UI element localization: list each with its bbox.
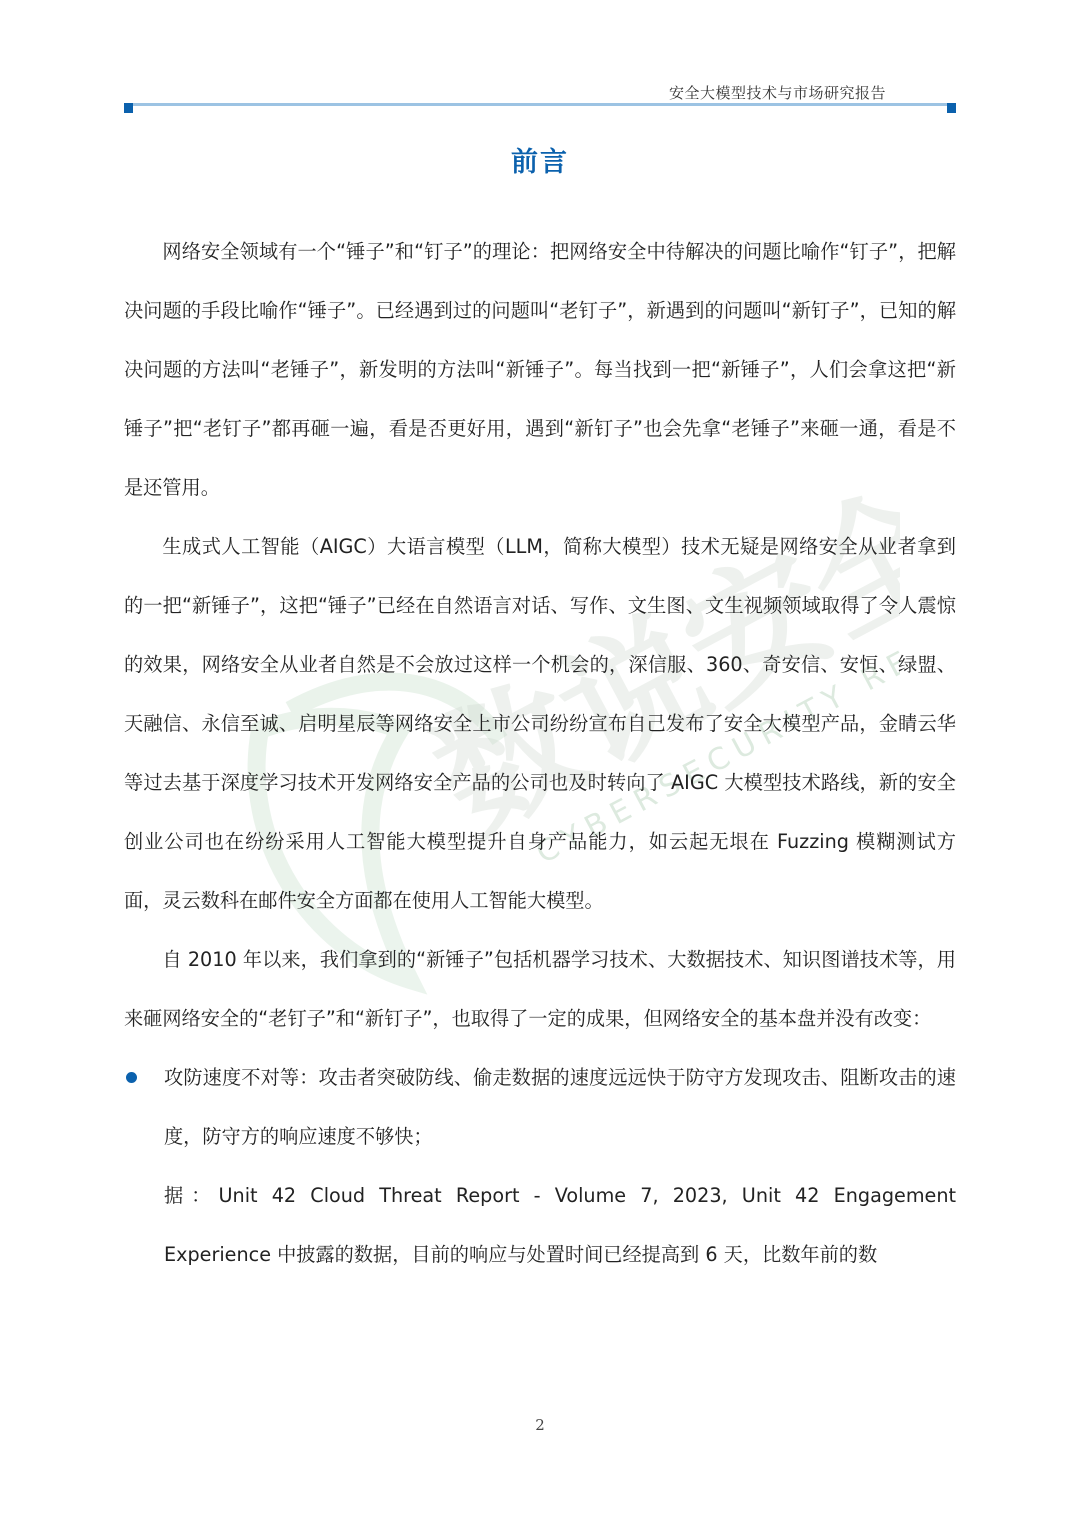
page-title: 前言 (0, 140, 1080, 179)
page-header: 安全大模型技术与市场研究报告 (124, 78, 956, 114)
paragraph-aigc: 生成式人工智能（AIGC）大语言模型（LLM，简称大模型）技术无疑是网络安全从业… (124, 517, 956, 930)
header-cap-right (947, 103, 956, 113)
paragraph-since-2010: 自 2010 年以来，我们拿到的“新锤子”包括机器学习技术、大数据技术、知识图谱… (124, 930, 956, 1048)
paragraph-hammer-nail: 网络安全领域有一个“锤子”和“钉子”的理论：把网络安全中待解决的问题比喻作“钉子… (124, 222, 956, 517)
header-divider (124, 103, 956, 106)
bullet-dot-icon (126, 1072, 137, 1083)
report-title: 安全大模型技术与市场研究报告 (669, 82, 886, 103)
bullet-text: 攻防速度不对等：攻击者突破防线、偷走数据的速度远远快于防守方发现攻击、阻断攻击的… (164, 1066, 956, 1148)
bullet-item: 攻防速度不对等：攻击者突破防线、偷走数据的速度远远快于防守方发现攻击、阻断攻击的… (124, 1048, 956, 1166)
bullet-sub-paragraph: 据：Unit 42 Cloud Threat Report - Volume 7… (124, 1166, 956, 1284)
header-cap-left (124, 103, 133, 113)
page-number: 2 (0, 1416, 1080, 1434)
document-body: 网络安全领域有一个“锤子”和“钉子”的理论：把网络安全中待解决的问题比喻作“钉子… (124, 222, 956, 1284)
